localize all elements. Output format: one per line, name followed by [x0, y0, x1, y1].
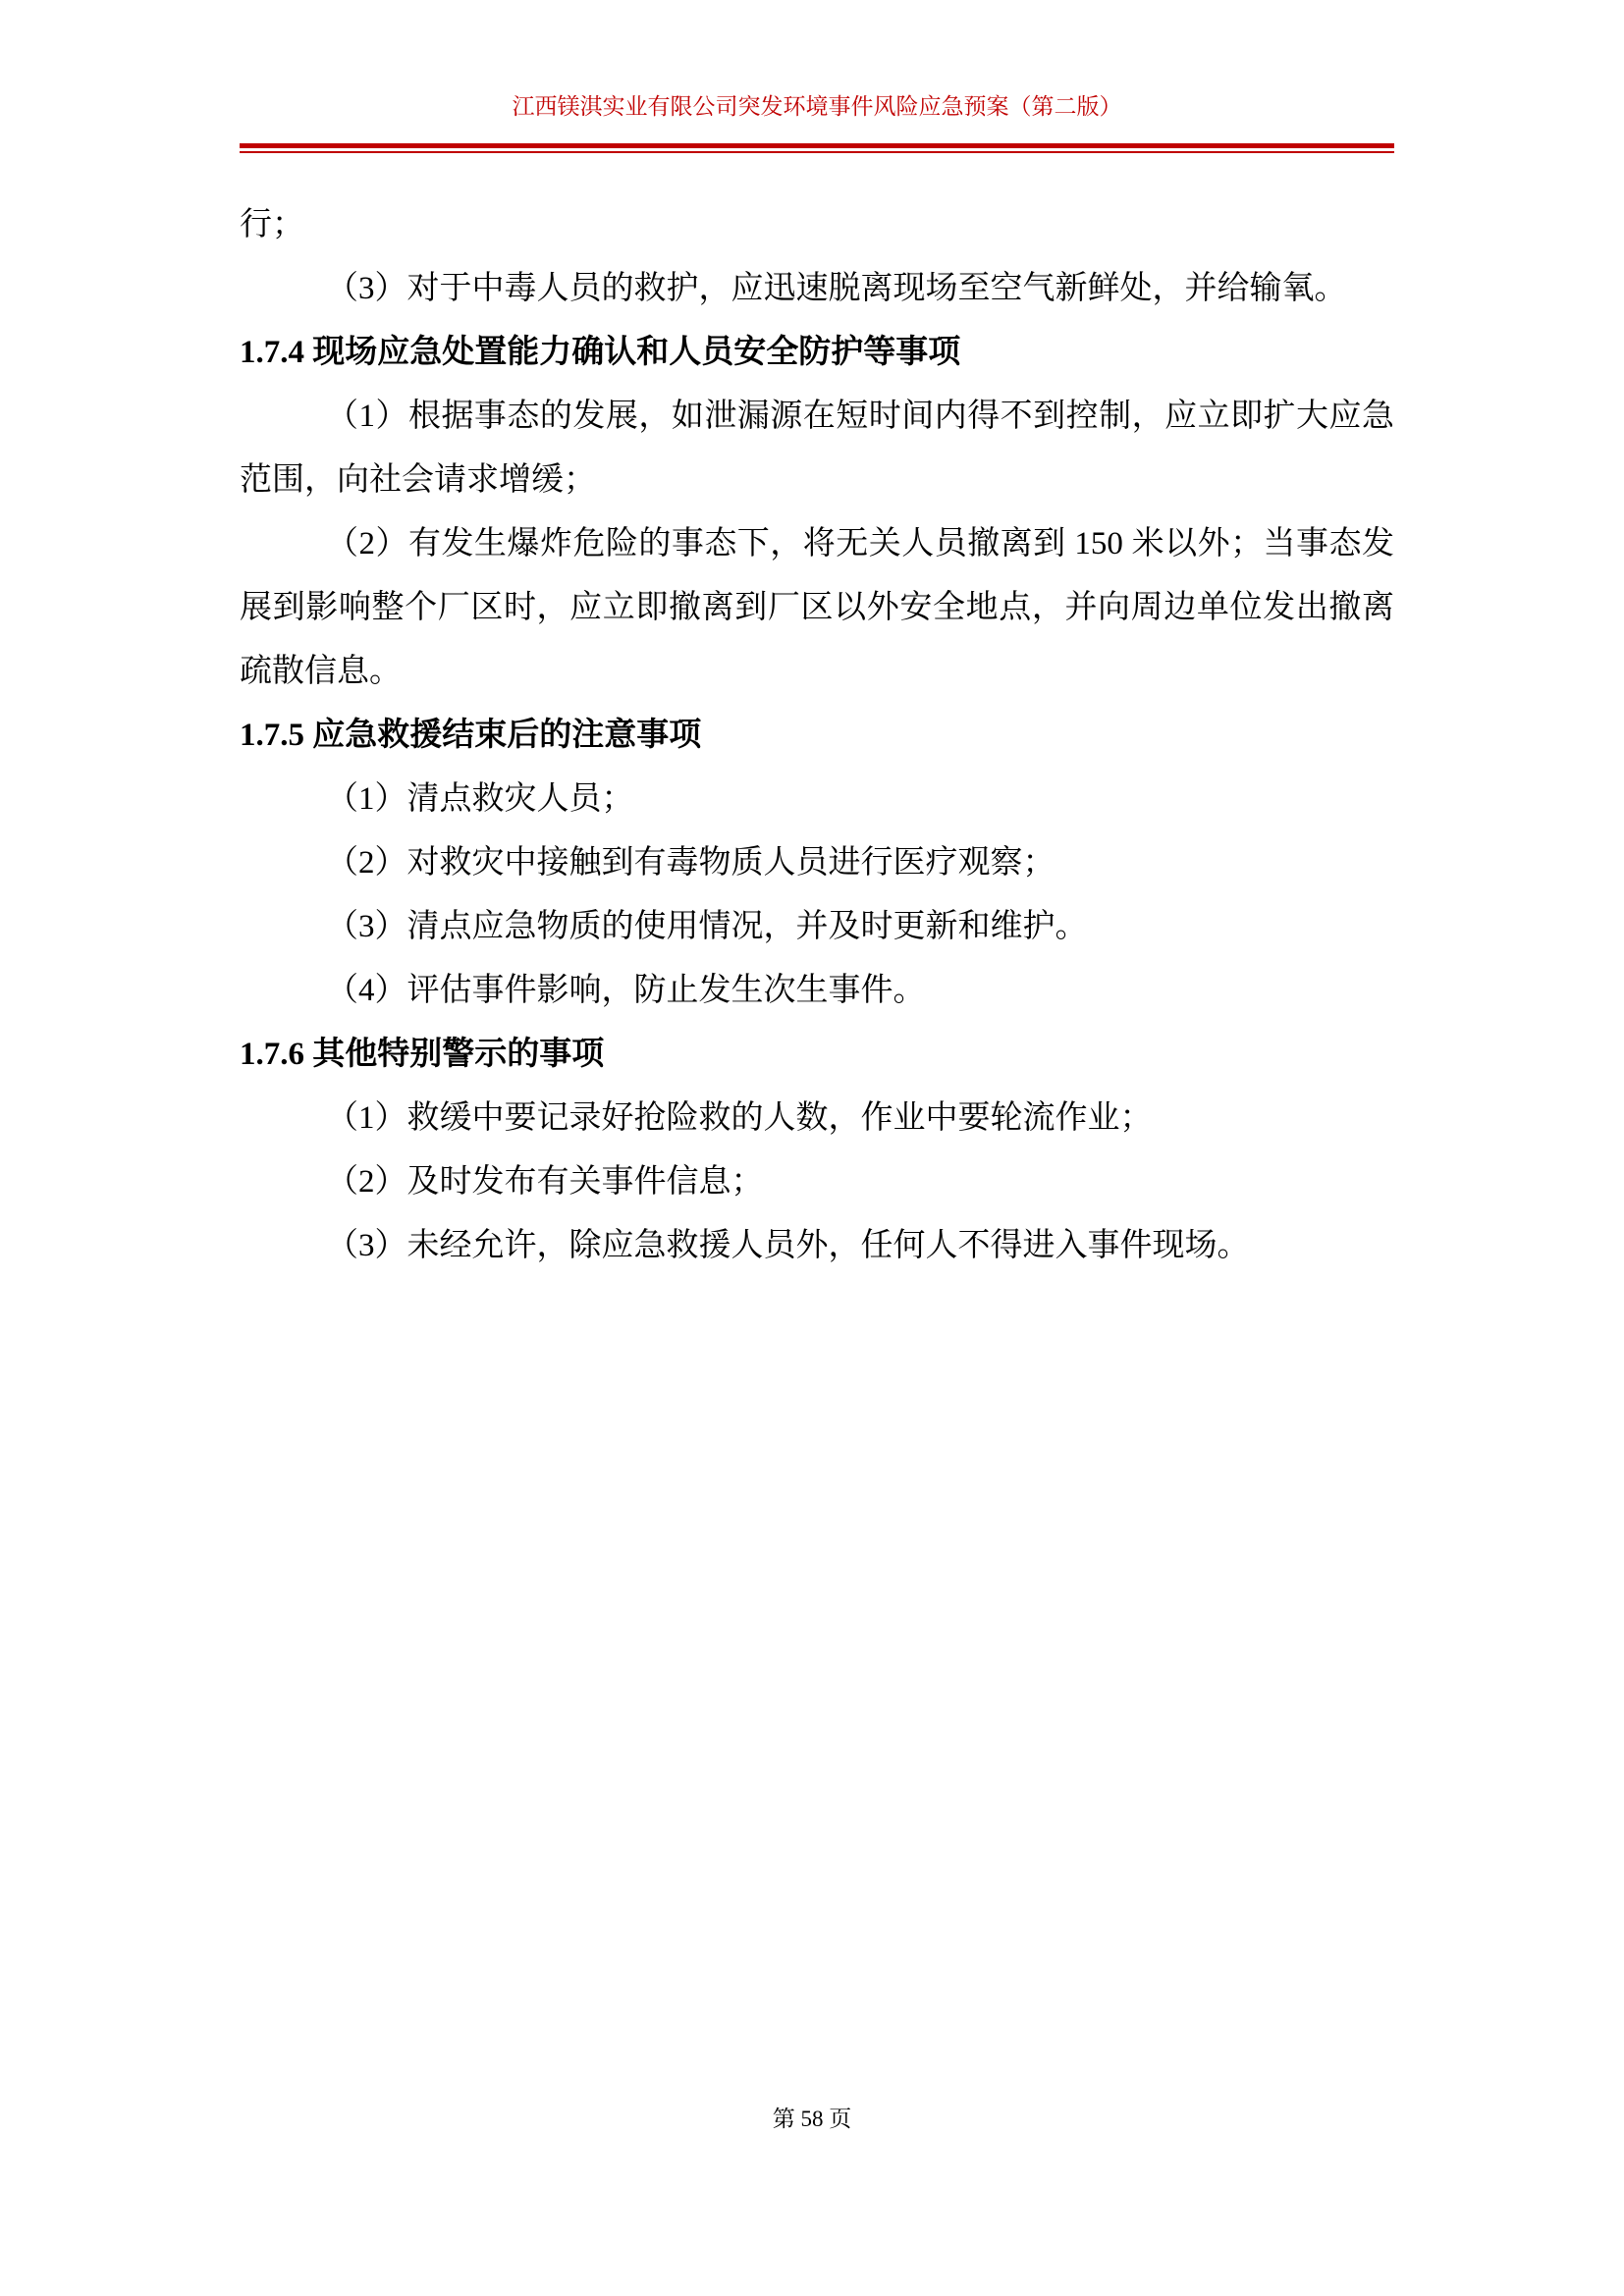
paragraph-line: 行；	[240, 193, 1394, 257]
section-heading: 1.7.6 其他特别警示的事项	[240, 1023, 1394, 1087]
paragraph-line: 范围，向社会请求增缓；	[240, 449, 1394, 512]
page-footer: 第 58 页	[0, 2105, 1624, 2134]
header-title: 江西镁淇实业有限公司突发环境事件风险应急预案（第二版）	[240, 88, 1394, 126]
document-page: 江西镁淇实业有限公司突发环境事件风险应急预案（第二版） 行；（3）对于中毒人员的…	[0, 0, 1624, 2296]
paragraph-line: （3）清点应急物质的使用情况，并及时更新和维护。	[240, 895, 1394, 959]
paragraph-line: 展到影响整个厂区时，应立即撤离到厂区以外安全地点，并向周边单位发出撤离	[240, 576, 1394, 640]
section-heading: 1.7.4 现场应急处置能力确认和人员安全防护等事项	[240, 321, 1394, 385]
paragraph-line: （1）救缓中要记录好抢险救的人数，作业中要轮流作业；	[240, 1087, 1394, 1150]
paragraph-line: （3）对于中毒人员的救护，应迅速脱离现场至空气新鲜处，并给输氧。	[240, 257, 1394, 321]
paragraph-line: （1）清点救灾人员；	[240, 768, 1394, 831]
paragraph-line: 疏散信息。	[240, 640, 1394, 704]
document-body: 行；（3）对于中毒人员的救护，应迅速脱离现场至空气新鲜处，并给输氧。1.7.4 …	[240, 193, 1394, 1278]
section-heading: 1.7.5 应急救援结束后的注意事项	[240, 704, 1394, 768]
paragraph-line: （3）未经允许，除应急救援人员外，任何人不得进入事件现场。	[240, 1214, 1394, 1278]
page-number: 第 58 页	[773, 2107, 852, 2131]
header-rule	[240, 143, 1394, 153]
paragraph-line: （1）根据事态的发展，如泄漏源在短时间内得不到控制，应立即扩大应急	[240, 385, 1394, 449]
paragraph-line: （4）评估事件影响，防止发生次生事件。	[240, 959, 1394, 1023]
paragraph-line: （2）对救灾中接触到有毒物质人员进行医疗观察；	[240, 831, 1394, 895]
paragraph-line: （2）及时发布有关事件信息；	[240, 1150, 1394, 1214]
paragraph-line: （2）有发生爆炸危险的事态下，将无关人员撤离到 150 米以外；当事态发	[240, 512, 1394, 576]
